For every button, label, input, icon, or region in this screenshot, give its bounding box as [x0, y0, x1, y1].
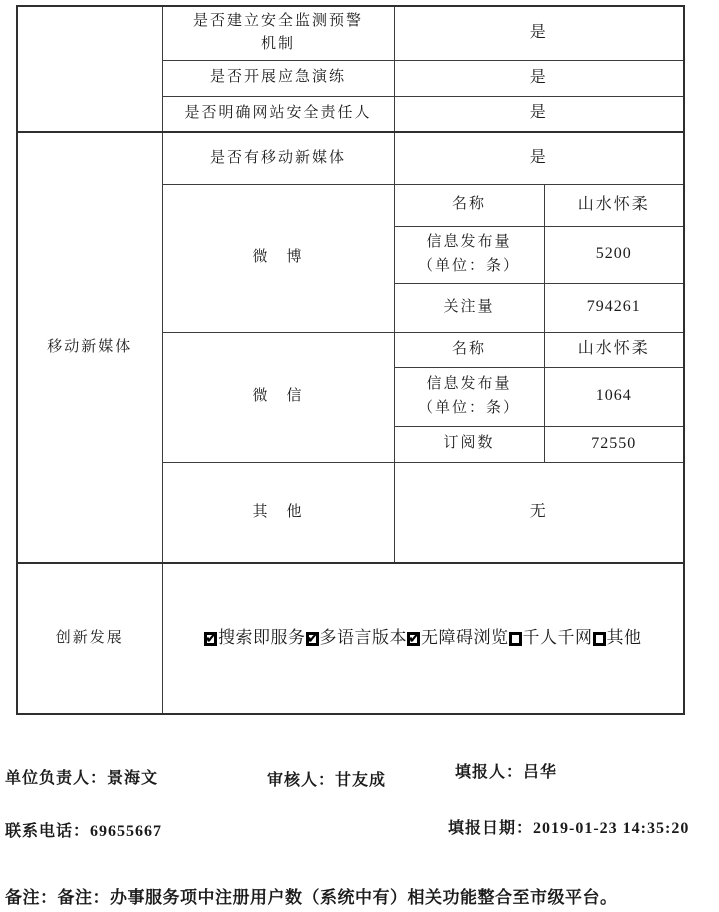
label-weibo-name: 名称 — [394, 184, 544, 226]
label-wechat-name: 名称 — [394, 332, 544, 367]
label-line: 是否建立安全监测预警 — [165, 10, 392, 33]
date-text: 填报日期：2019-01-23 14:35:20 — [448, 815, 689, 838]
label-weibo-posts: 信息发布量 （单位：条） — [394, 226, 544, 283]
unit-head-text: 单位负责人：景海文 — [5, 765, 158, 788]
wechat-group-label: 微 信 — [162, 332, 394, 462]
value-emergency-drill: 是 — [394, 60, 684, 96]
table-row: 移动新媒体 是否有移动新媒体 是 — [17, 132, 684, 184]
section-label-innovation: 创新发展 — [17, 563, 162, 714]
phone-text: 联系电话：69655667 — [5, 818, 162, 841]
value-weibo-followers: 794261 — [544, 283, 684, 332]
option-multilingual: 多语言版本 — [306, 625, 408, 651]
value-security-officer: 是 — [394, 96, 684, 132]
label-line: 信息发布量 — [397, 373, 542, 396]
section-label-empty-cell — [17, 6, 162, 132]
option-search-service: 搜索即服务 — [204, 625, 306, 651]
option-label: 无障碍浏览 — [421, 625, 509, 651]
innovation-options-cell: 搜索即服务 多语言版本 无障碍浏览 千人千网 其他 — [162, 563, 684, 714]
value-weibo-posts: 5200 — [544, 226, 684, 283]
table-row: 创新发展 搜索即服务 多语言版本 无障碍浏览 千人千网 其他 — [17, 563, 684, 714]
label-line: 机制 — [165, 33, 392, 56]
value-weibo-name: 山水怀柔 — [544, 184, 684, 226]
value-wechat-subscribers: 72550 — [544, 426, 684, 462]
option-personalized: 千人千网 — [509, 625, 593, 651]
checkbox-icon — [407, 632, 420, 646]
value-has-mobile-media: 是 — [394, 132, 684, 184]
filler-text: 填报人：吕华 — [455, 759, 557, 782]
option-accessibility: 无障碍浏览 — [407, 625, 509, 651]
label-wechat-subscribers: 订阅数 — [394, 426, 544, 462]
label-weibo-followers: 关注量 — [394, 283, 544, 332]
value-wechat-name: 山水怀柔 — [544, 332, 684, 367]
value-other-media: 无 — [394, 462, 684, 563]
label-emergency-drill: 是否开展应急演练 — [162, 60, 394, 96]
reviewer-text: 审核人：甘友成 — [267, 767, 386, 790]
checkbox-icon — [204, 632, 217, 646]
innovation-options: 搜索即服务 多语言版本 无障碍浏览 千人千网 其他 — [165, 625, 682, 651]
section-label-mobile-media: 移动新媒体 — [17, 132, 162, 563]
value-wechat-posts: 1064 — [544, 367, 684, 426]
label-line: （单位：条） — [397, 255, 542, 278]
value-security-warning: 是 — [394, 6, 684, 60]
label-has-mobile-media: 是否有移动新媒体 — [162, 132, 394, 184]
label-other-media: 其 他 — [162, 462, 394, 563]
remark-text: 备注：备注：办事服务项中注册用户数（系统中有）相关功能整合至市级平台。 — [5, 883, 618, 908]
checkbox-icon — [509, 632, 522, 646]
label-security-officer: 是否明确网站安全责任人 — [162, 96, 394, 132]
option-label: 搜索即服务 — [218, 625, 306, 651]
label-line: （单位：条） — [397, 397, 542, 420]
weibo-group-label: 微 博 — [162, 184, 394, 332]
label-wechat-posts: 信息发布量 （单位：条） — [394, 367, 544, 426]
option-label: 千人千网 — [523, 625, 593, 651]
report-table: 是否建立安全监测预警 机制 是 是否开展应急演练 是 是否明确网站安全责任人 是… — [16, 5, 685, 715]
checkbox-icon — [593, 632, 606, 646]
label-line: 信息发布量 — [397, 231, 542, 254]
table-row: 是否建立安全监测预警 机制 是 — [17, 6, 684, 60]
label-security-warning: 是否建立安全监测预警 机制 — [162, 6, 394, 60]
option-label: 多语言版本 — [320, 625, 408, 651]
checkbox-icon — [306, 632, 319, 646]
option-other: 其他 — [593, 625, 642, 651]
option-label: 其他 — [607, 625, 642, 651]
